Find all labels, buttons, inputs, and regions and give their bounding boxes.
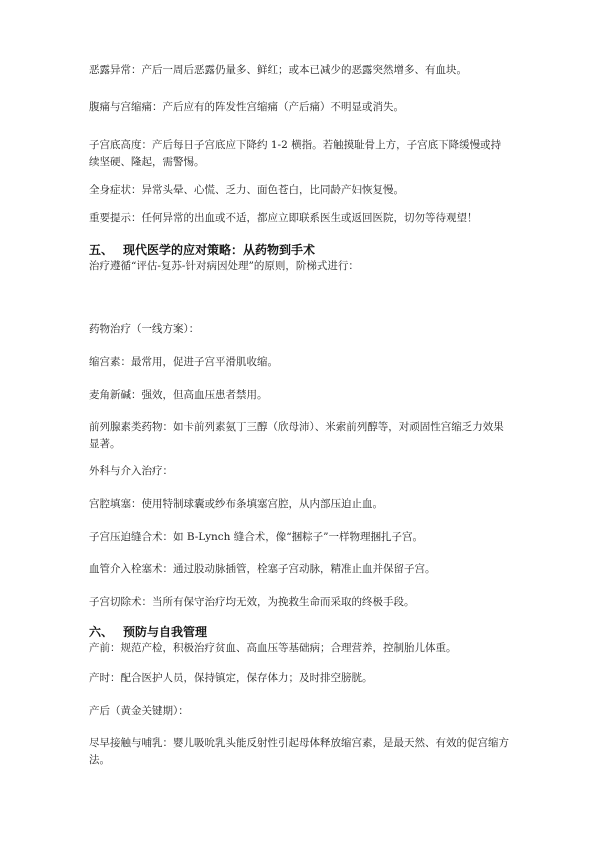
- section-5-number: 五、: [89, 243, 113, 257]
- paragraph-systemic-symptoms: 全身症状：异常头晕、心慌、乏力、面色苍白，比同龄产妇恢复慢。: [89, 182, 509, 199]
- paragraph-b-lynch: 子宫压迫缝合术：如 B-Lynch 缝合术，像“捆粽子”一样物理捆扎子宫。: [89, 529, 509, 546]
- paragraph-embolization: 血管介入栓塞术：通过股动脉插管，栓塞子宫动脉，精准止血并保留子宫。: [89, 561, 509, 578]
- section-6-number: 六、: [89, 625, 113, 639]
- paragraph-surgical: 外科与介入治疗：: [89, 463, 509, 480]
- paragraph-ergometrine: 麦角新碱：强效，但高血压患者禁用。: [89, 387, 509, 404]
- paragraph-oxytocin: 缩宫素：最常用，促进子宫平滑肌收缩。: [89, 354, 509, 371]
- paragraph-intrapartum: 产时：配合医护人员，保持镇定，保存体力；及时排空膀胱。: [89, 670, 509, 687]
- paragraph-abdominal-pain: 腹痛与宫缩痛：产后应有的阵发性宫缩痛（产后痛）不明显或消失。: [89, 99, 509, 116]
- document-page: 恶露异常：产后一周后恶露仍量多、鲜红；或本已减少的恶露突然增多、有血块。 腹痛与…: [0, 0, 595, 841]
- section-6-title: 预防与自我管理: [123, 625, 207, 639]
- section-5-title: 现代医学的应对策略：从药物到手术: [123, 243, 315, 257]
- paragraph-lochia: 恶露异常：产后一周后恶露仍量多、鲜红；或本已减少的恶露突然增多、有血块。: [89, 62, 509, 79]
- paragraph-postpartum: 产后（黄金关键期）：: [89, 703, 509, 720]
- section-6-heading: 六、预防与自我管理: [89, 624, 207, 640]
- paragraph-uterine-packing: 宫腔填塞：使用特制球囊或纱布条填塞宫腔，从内部压迫止血。: [89, 496, 509, 513]
- paragraph-antenatal: 产前：规范产检，积极治疗贫血、高血压等基础病；合理营养，控制胎儿体重。: [89, 640, 509, 657]
- paragraph-fundus-height: 子宫底高度：产后每日子宫底应下降约 1-2 横指。若触摸耻骨上方，子宫底下降缓慢…: [89, 137, 509, 171]
- paragraph-drug-therapy: 药物治疗（一线方案）：: [89, 321, 509, 338]
- paragraph-breastfeeding: 尽早接触与哺乳：婴儿吸吮乳头能反射性引起母体释放缩宫素，是最天然、有效的促宫缩方…: [89, 735, 509, 769]
- paragraph-important-note: 重要提示：任何异常的出血或不适，都应立即联系医生或返回医院，切勿等待观望！: [89, 210, 509, 227]
- section-5-intro: 治疗遵循“评估-复苏-针对病因处理”的原则，阶梯式进行：: [89, 258, 509, 275]
- paragraph-prostaglandins: 前列腺素类药物：如卡前列素氨丁三醇（欣母沛）、米索前列醇等，对顽固性宫缩乏力效果…: [89, 419, 509, 453]
- section-5-heading: 五、现代医学的应对策略：从药物到手术: [89, 242, 315, 258]
- paragraph-hysterectomy: 子宫切除术：当所有保守治疗均无效，为挽救生命而采取的终极手段。: [89, 594, 509, 611]
